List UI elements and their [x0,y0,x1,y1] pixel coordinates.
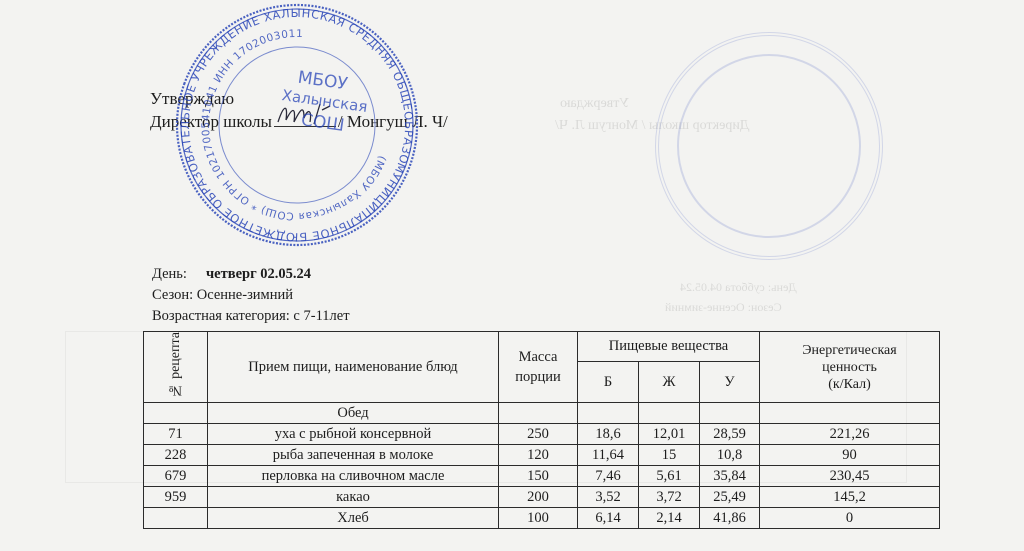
energy-value: 145,2 [760,487,940,508]
energy-value: 90 [760,445,940,466]
menu-meta: День:четверг 02.05.24 Сезон: Осенне-зимн… [152,264,350,327]
dish-name: уха с рыбной консервной [208,424,499,445]
protein-value: 11,64 [578,445,639,466]
dish-name: какао [208,487,499,508]
carbs-value: 41,86 [700,508,760,529]
recipe-no: 959 [144,487,208,508]
meal-title-row: Обед [144,403,940,424]
bleed-through-season: Сезон: Осенне-зимний [665,300,782,315]
portion-mass: 200 [499,487,578,508]
header-nutrients: Пищевые вещества [578,332,760,362]
protein-value: 3,52 [578,487,639,508]
header-carbs: У [700,361,760,403]
fat-value: 5,61 [639,466,700,487]
portion-mass: 150 [499,466,578,487]
fat-value: 15 [639,445,700,466]
carbs-value: 25,49 [700,487,760,508]
protein-value: 6,14 [578,508,639,529]
season: Сезон: Осенне-зимний [152,285,350,306]
energy-value: 230,45 [760,466,940,487]
portion-mass: 120 [499,445,578,466]
day-row: День:четверг 02.05.24 [152,264,350,285]
protein-value: 18,6 [578,424,639,445]
table-row: 679 перловка на сливочном масле 150 7,46… [144,466,940,487]
header-protein: Б [578,361,639,403]
signature-icon [274,100,336,128]
dish-name: Хлеб [208,508,499,529]
header-dish: Прием пищи, наименование блюд [208,332,499,403]
fat-value: 3,72 [639,487,700,508]
table-row: 228 рыба запеченная в молоке 120 11,64 1… [144,445,940,466]
portion-mass: 100 [499,508,578,529]
portion-mass: 250 [499,424,578,445]
carbs-value: 10,8 [700,445,760,466]
header-recipe-no: № рецепта [144,332,208,403]
header-mass: Масса порции [499,332,578,403]
approval-director-name: / Монгуш Л. Ч/ [338,112,448,131]
approval-block: Утверждаю Директор школы / Монгуш Л. Ч/ [150,87,448,133]
approval-position: Директор школы [150,112,272,131]
protein-value: 7,46 [578,466,639,487]
recipe-no: 228 [144,445,208,466]
bleed-through-approve-1: Утверждаю [560,96,629,112]
recipe-no: 679 [144,466,208,487]
energy-value: 0 [760,508,940,529]
recipe-no: 71 [144,424,208,445]
table-row: 71 уха с рыбной консервной 250 18,6 12,0… [144,424,940,445]
meal-title: Обед [208,403,499,424]
carbs-value: 28,59 [700,424,760,445]
age-category: Возрастная категория: с 7-11лет [152,306,350,327]
header-fat: Ж [639,361,700,403]
day-label: День: [152,264,206,285]
table-row: Хлеб 100 6,14 2,14 41,86 0 [144,508,940,529]
table-row: 959 какао 200 3,52 3,72 25,49 145,2 [144,487,940,508]
signature-line [274,110,336,127]
recipe-no [144,508,208,529]
fat-value: 12,01 [639,424,700,445]
dish-name: перловка на сливочном масле [208,466,499,487]
energy-value: 221,26 [760,424,940,445]
dish-name: рыба запеченная в молоке [208,445,499,466]
day-value: четверг 02.05.24 [206,266,311,282]
menu-table: № рецепта Прием пищи, наименование блюд … [143,331,940,529]
approval-signatory: Директор школы / Монгуш Л. Ч/ [150,110,448,133]
bleed-through-stamp [655,32,883,260]
bleed-through-approve-2: Директор школы / Монгуш Л. Ч/ [555,118,749,134]
header-energy: Энергетическая ценность (к/Кал) [760,332,940,403]
bleed-through-day: День: суббота 04.05.24 [680,280,797,295]
carbs-value: 35,84 [700,466,760,487]
fat-value: 2,14 [639,508,700,529]
